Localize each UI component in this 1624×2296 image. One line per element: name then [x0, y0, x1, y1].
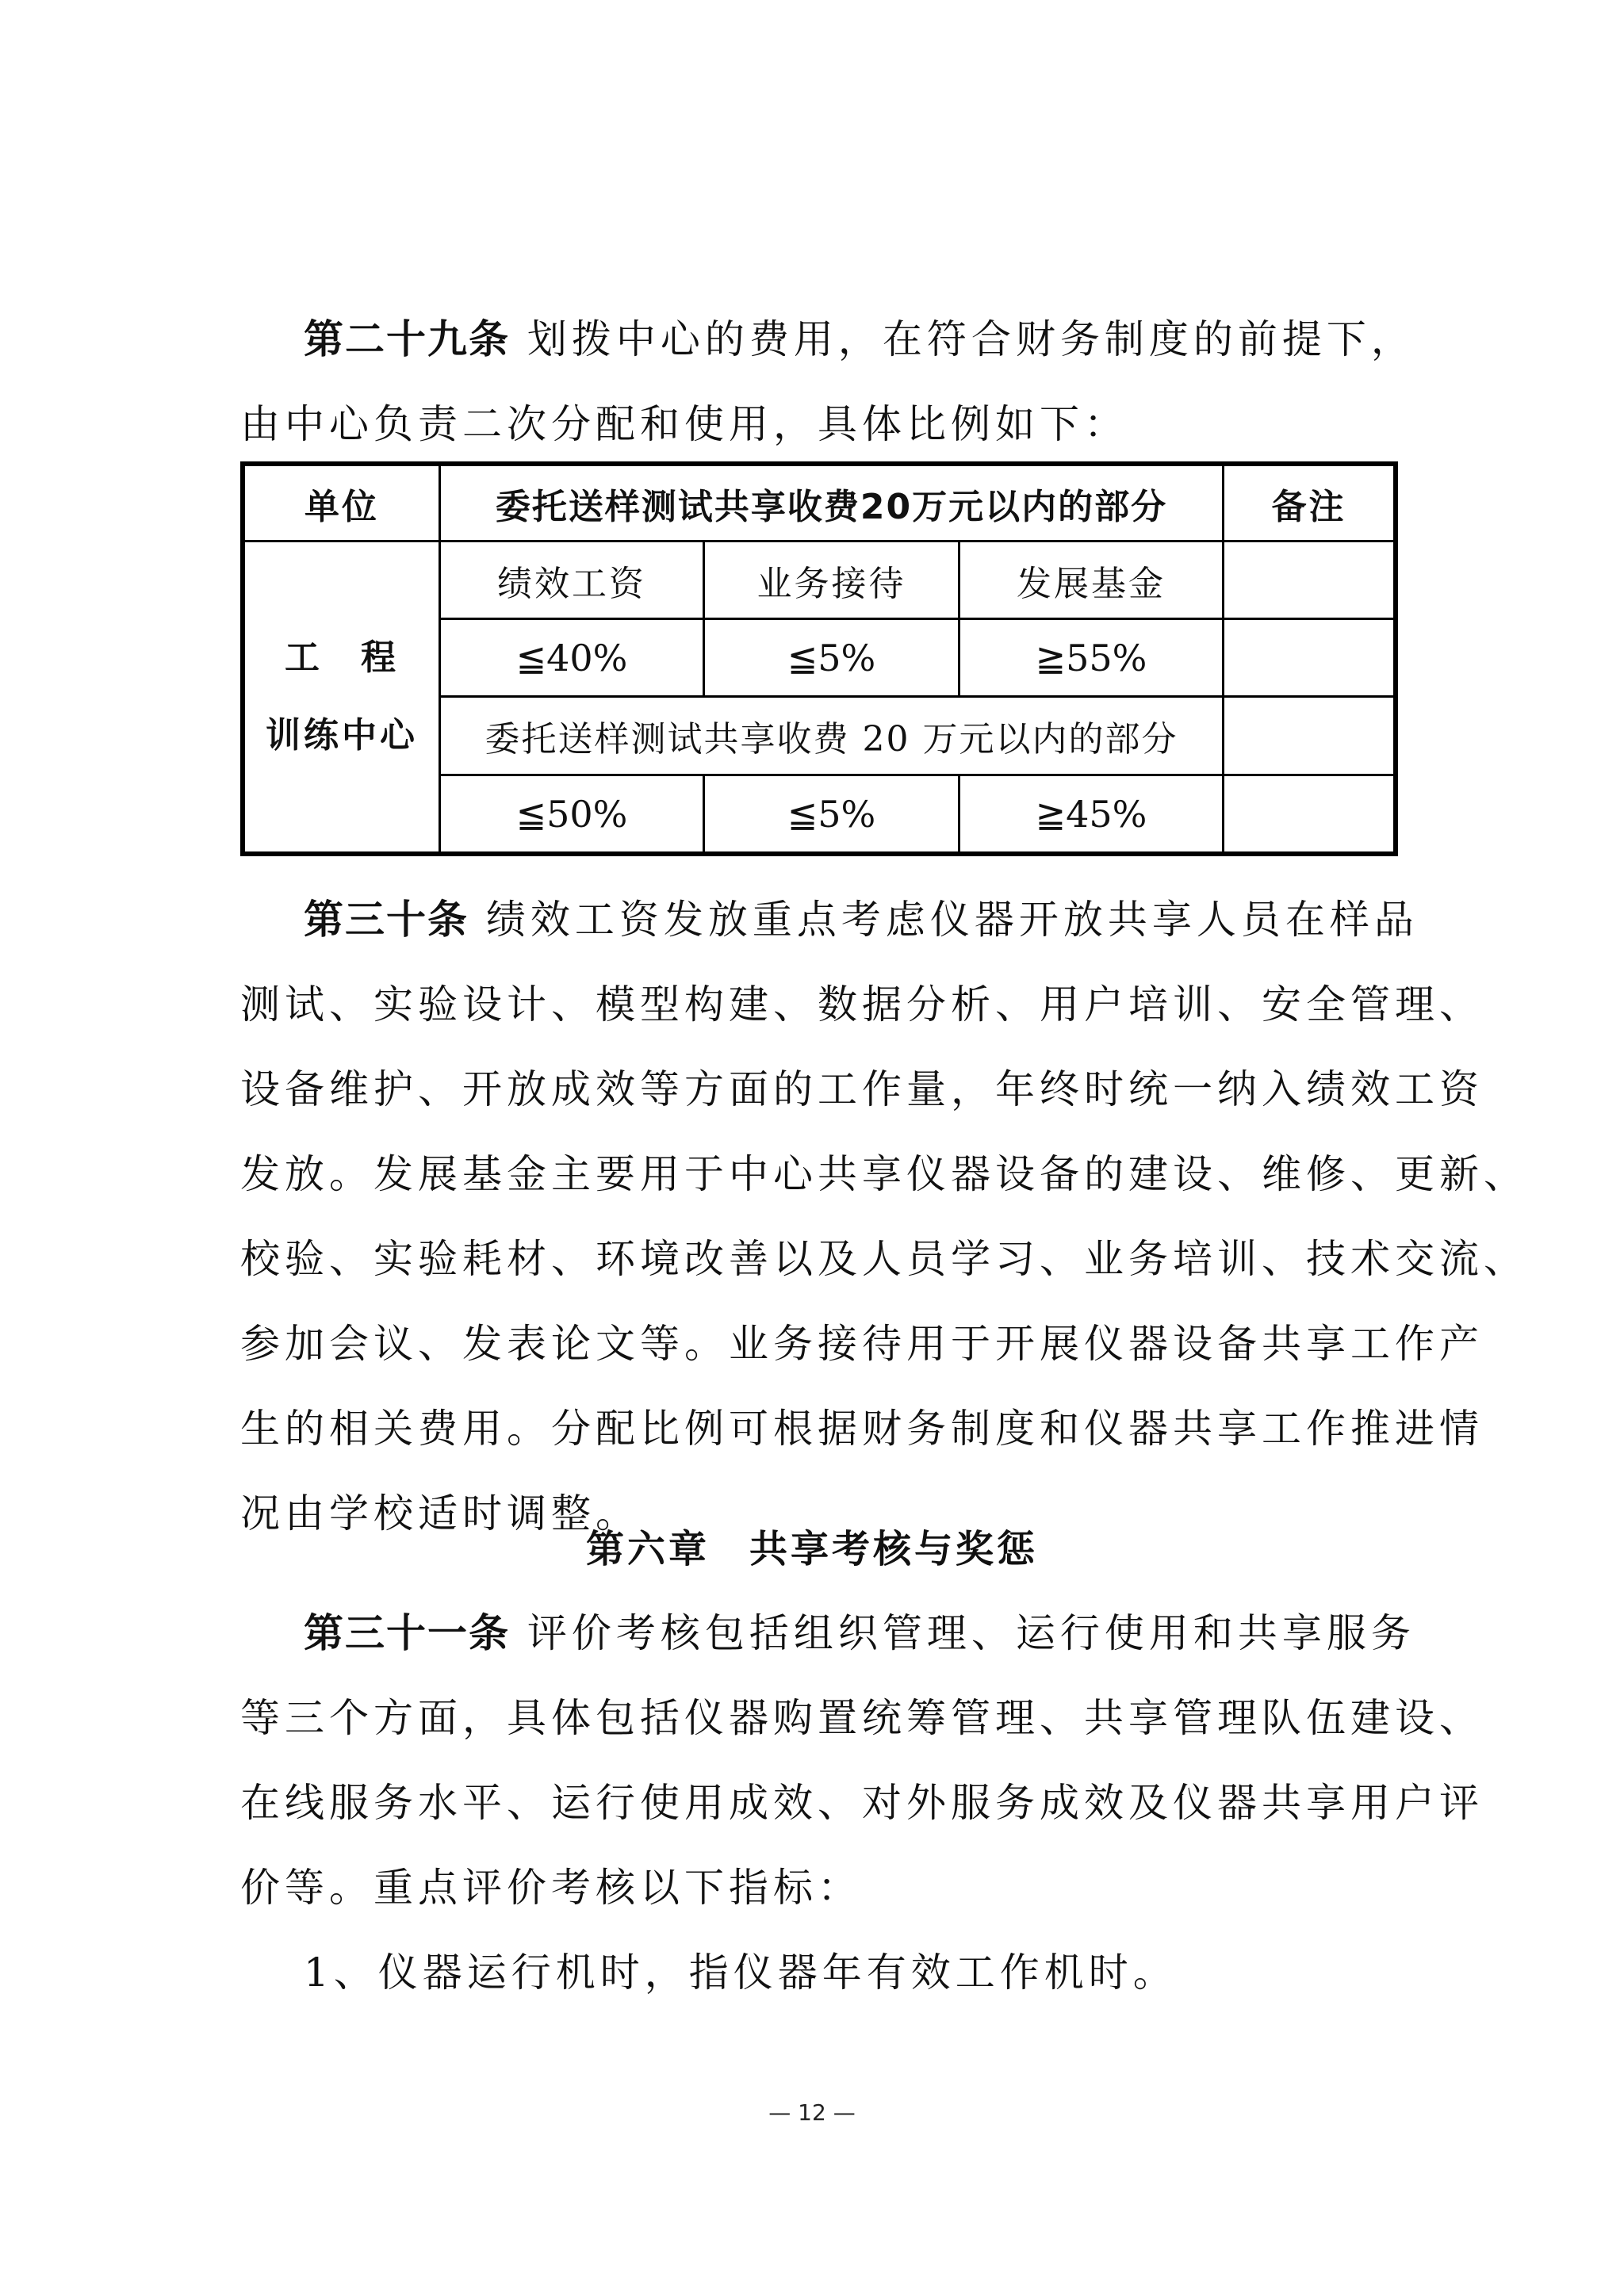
group-2-label: 委托送样测试共享收费 20 万元以内的部分 [441, 698, 1222, 774]
article-31-text-1: 评价考核包括组织管理、运行使用和共享服务 [527, 1610, 1415, 1656]
article-30-line-1: 第三十条 绩效工资发放重点考虑仪器开放共享人员在样品 [304, 896, 1402, 943]
article-30-line-7: 生的相关费用。分配比例可根据财务制度和仪器共享工作推进情 [240, 1405, 1402, 1452]
header-main: 委托送样测试共享收费20万元以内的部分 [441, 466, 1222, 540]
value-development-fund-1: ≧55% [960, 620, 1222, 695]
value-business-reception-1: ≦5% [705, 620, 958, 695]
indicator-item-1: 1、仪器运行机时，指仪器年有效工作机时。 [304, 1949, 1402, 1996]
chapter-heading: 第六章共享考核与奖惩 [0, 1525, 1624, 1573]
article-30-line-2: 测试、实验设计、模型构建、数据分析、用户培训、安全管理、 [240, 981, 1402, 1028]
article-31-line-4: 价等。重点评价考核以下指标： [240, 1864, 1402, 1911]
article-29-line-2: 由中心负责二次分配和使用，具体比例如下： [240, 400, 1402, 448]
value-development-fund-2: ≧45% [960, 776, 1222, 851]
value-business-reception-2: ≦5% [705, 776, 958, 851]
remark-cell-1 [1224, 542, 1393, 618]
header-remark: 备注 [1224, 466, 1393, 540]
unit-name-line-2: 训练中心 [266, 697, 418, 775]
document-page: 第二十九条 划拨中心的费用，在符合财务制度的前提下， 由中心负责二次分配和使用，… [0, 0, 1624, 2296]
sub-header-development-fund: 发展基金 [960, 542, 1222, 618]
remark-cell-3 [1224, 698, 1393, 774]
article-29-line-1: 第二十九条 划拨中心的费用，在符合财务制度的前提下， [304, 316, 1402, 363]
article-30-line-4: 发放。发展基金主要用于中心共享仪器设备的建设、维修、更新、 [240, 1150, 1402, 1198]
article-31-label: 第三十一条 [304, 1610, 510, 1656]
remark-cell-2 [1224, 620, 1393, 695]
remark-cell-4 [1224, 776, 1393, 851]
article-31-line-1: 第三十一条 评价考核包括组织管理、运行使用和共享服务 [304, 1609, 1402, 1657]
header-unit: 单位 [245, 466, 439, 540]
sub-header-business-reception: 业务接待 [705, 542, 958, 618]
article-31-line-3: 在线服务水平、运行使用成效、对外服务成效及仪器共享用户评 [240, 1779, 1402, 1827]
article-31-line-2: 等三个方面，具体包括仪器购置统筹管理、共享管理队伍建设、 [240, 1694, 1402, 1742]
unit-name-cell: 工 程 训练中心 [245, 542, 439, 851]
article-30-text-1: 绩效工资发放重点考虑仪器开放共享人员在样品 [486, 897, 1419, 943]
chapter-number: 第六章 [586, 1527, 710, 1571]
article-30-line-3: 设备维护、开放成效等方面的工作量，年终时统一纳入绩效工资 [240, 1066, 1402, 1113]
value-performance-pay-2: ≦50% [441, 776, 703, 851]
article-29-label: 第二十九条 [304, 316, 510, 362]
page-number: — 12 — [0, 2099, 1624, 2126]
sub-header-performance-pay: 绩效工资 [441, 542, 703, 618]
article-30-label: 第三十条 [304, 897, 469, 943]
article-30-line-6: 参加会议、发表论文等。业务接待用于开展仪器设备共享工作产 [240, 1320, 1402, 1368]
article-29-text-1: 划拨中心的费用，在符合财务制度的前提下， [527, 316, 1415, 362]
chapter-title: 共享考核与奖惩 [749, 1527, 1038, 1571]
unit-name-line-1: 工 程 [285, 619, 399, 697]
value-performance-pay-1: ≦40% [441, 620, 703, 695]
article-30-line-5: 校验、实验耗材、环境改善以及人员学习、业务培训、技术交流、 [240, 1235, 1402, 1283]
